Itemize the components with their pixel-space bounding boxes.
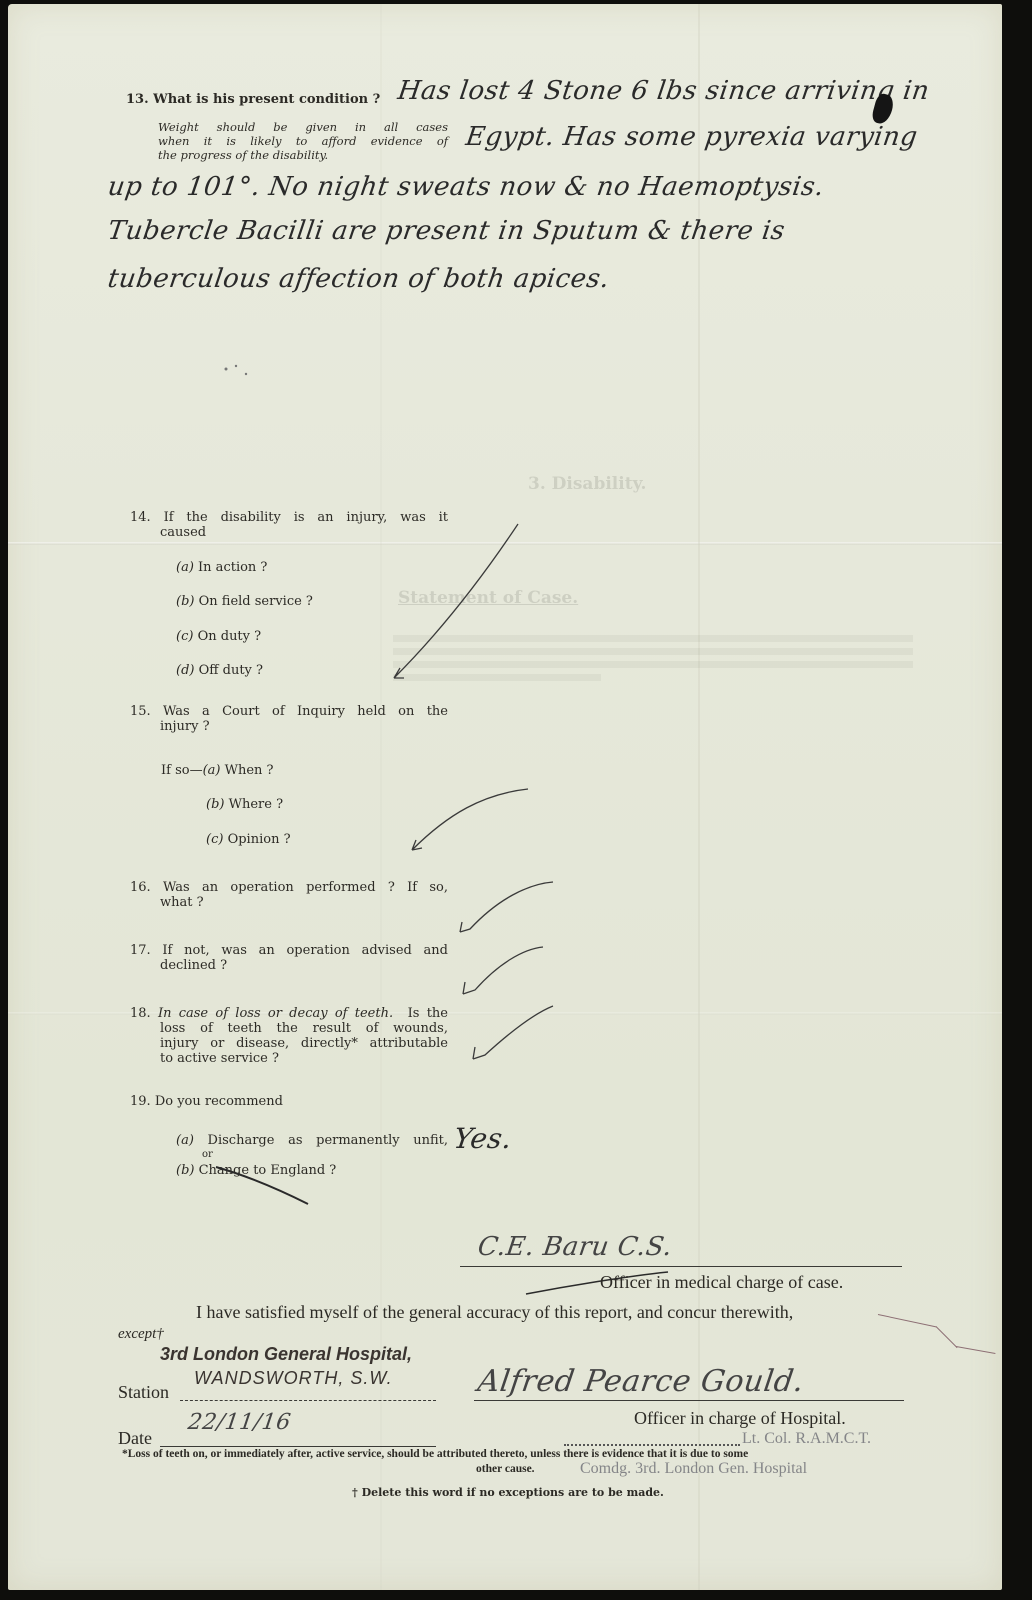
medical-officer-signature: C.E. Baru C.S. bbox=[476, 1232, 674, 1262]
date-label: Date bbox=[118, 1428, 152, 1449]
rank-stamp-line-2: Comdg. 3rd. London Gen. Hospital bbox=[580, 1460, 807, 1478]
hospital-stamp: 3rd London General Hospital, bbox=[160, 1344, 412, 1365]
station-label: Station bbox=[118, 1382, 169, 1403]
teeth-footnote-cont: other cause. bbox=[476, 1463, 535, 1475]
strike-through-mark bbox=[216, 1167, 308, 1204]
station-value: WANDSWORTH, S.W. bbox=[194, 1368, 393, 1389]
q15-check-icon bbox=[412, 789, 528, 850]
signature-line bbox=[474, 1400, 904, 1401]
hospital-officer-signature: Alfred Pearce Gould. bbox=[476, 1364, 807, 1399]
q16-check-icon bbox=[460, 882, 553, 932]
concurrence-statement: I have satisfied myself of the general a… bbox=[196, 1302, 793, 1323]
station-line bbox=[180, 1400, 436, 1401]
dagger-footnote: † Delete this word if no exceptions are … bbox=[352, 1486, 664, 1499]
rank-stamp-line-1: Lt. Col. R.A.M.C.T. bbox=[742, 1430, 871, 1448]
date-value: 22/11/16 bbox=[186, 1410, 292, 1435]
q18-check-icon bbox=[473, 1006, 553, 1059]
medical-officer-caption: Officer in medical charge of case. bbox=[600, 1272, 843, 1293]
signature-line bbox=[460, 1266, 902, 1267]
dotted-line bbox=[564, 1444, 740, 1446]
q17-check-icon bbox=[463, 947, 543, 994]
handwritten-marks bbox=[8, 4, 1002, 1590]
date-line bbox=[160, 1446, 436, 1447]
except-label: except† bbox=[118, 1326, 164, 1343]
q14-check-icon bbox=[394, 524, 518, 678]
hospital-officer-caption: Officer in charge of Hospital. bbox=[634, 1408, 846, 1429]
teeth-footnote: *Loss of teeth on, or immediately after,… bbox=[122, 1448, 748, 1460]
document-page: 3. Disability. Statement of Case. 13. Wh… bbox=[8, 4, 1002, 1590]
